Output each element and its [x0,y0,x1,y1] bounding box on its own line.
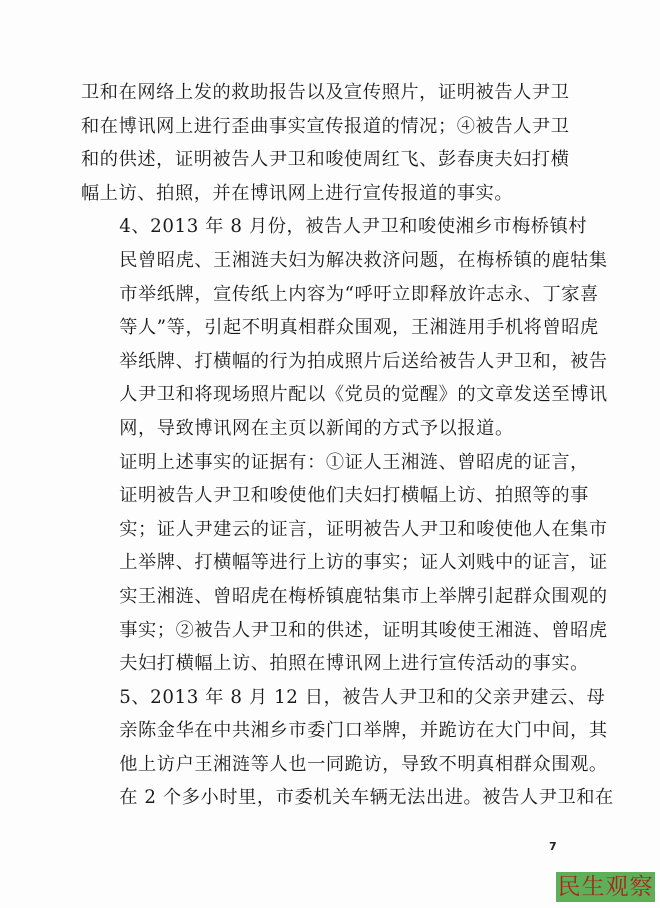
paragraph: 4、2013 年 8 月份，被告人尹卫和唆使湘乡市梅桥镇村民曾昭虎、王湘涟夫妇为… [81,210,531,445]
text-line: 5、2013 年 8 月 12 日，被告人尹卫和的父亲尹建云、母 [81,681,531,715]
text-line: 和的供述，证明被告人尹卫和唆使周红飞、彭春庚夫妇打横 [81,143,531,177]
text-line: 证明被告人尹卫和唆使他们夫妇打横幅上访、拍照等的事 [81,479,531,513]
text-line: 实王湘涟、曾昭虎在梅桥镇鹿牯集市上举牌引起群众围观的 [81,580,531,614]
text-line: 网，导致博讯网在主页以新闻的方式予以报道。 [81,412,531,446]
text-line: 上举牌、打横幅等进行上访的事实；证人刘贱中的证言，证 [81,546,531,580]
text-line: 在 2 个多小时里，市委机关车辆无法出进。被告人尹卫和在 [81,781,531,815]
document-body: 卫和在网络上发的救助报告以及宣传照片，证明被告人尹卫和在博讯网上进行歪曲事实宣传… [81,76,531,815]
paragraph: 卫和在网络上发的救助报告以及宣传照片，证明被告人尹卫和在博讯网上进行歪曲事实宣传… [81,76,531,210]
watermark-badge: 民生观察 [556,872,655,902]
text-line: 市举纸牌，宣传纸上内容为“呼吁立即释放许志永、丁家喜 [81,278,531,312]
text-line: 人尹卫和将现场照片配以《党员的觉醒》的文章发送至博讯 [81,378,531,412]
text-line: 民曾昭虎、王湘涟夫妇为解决救济问题，在梅桥镇的鹿牯集 [81,244,531,278]
paragraph: 证明上述事实的证据有：①证人王湘涟、曾昭虎的证言，证明被告人尹卫和唆使他们夫妇打… [81,446,531,681]
text-line: 4、2013 年 8 月份，被告人尹卫和唆使湘乡市梅桥镇村 [81,210,531,244]
text-line: 幅上访、拍照，并在博讯网上进行宣传报道的事实。 [81,177,531,211]
text-line: 卫和在网络上发的救助报告以及宣传照片，证明被告人尹卫 [81,76,531,110]
text-line: 证明上述事实的证据有：①证人王湘涟、曾昭虎的证言， [81,446,531,480]
page-number: 7 [549,840,557,853]
text-line: 事实；②被告人尹卫和的供述，证明其唆使王湘涟、曾昭虎 [81,614,531,648]
document-page: 卫和在网络上发的救助报告以及宣传照片，证明被告人尹卫和在博讯网上进行歪曲事实宣传… [0,0,660,908]
text-line: 夫妇打横幅上访、拍照在博讯网上进行宣传活动的事实。 [81,647,531,681]
paragraph: 5、2013 年 8 月 12 日，被告人尹卫和的父亲尹建云、母亲陈金华在中共湘… [81,681,531,815]
text-line: 和在博讯网上进行歪曲事实宣传报道的情况；④被告人尹卫 [81,110,531,144]
text-line: 等人”等，引起不明真相群众围观，王湘涟用手机将曾昭虎 [81,311,531,345]
text-line: 他上访户王湘涟等人也一同跪访，导致不明真相群众围观。 [81,748,531,782]
text-line: 实；证人尹建云的证言，证明被告人尹卫和唆使他人在集市 [81,513,531,547]
text-line: 亲陈金华在中共湘乡市委门口举牌，并跪访在大门中间，其 [81,714,531,748]
text-line: 举纸牌、打横幅的行为拍成照片后送给被告人尹卫和，被告 [81,345,531,379]
